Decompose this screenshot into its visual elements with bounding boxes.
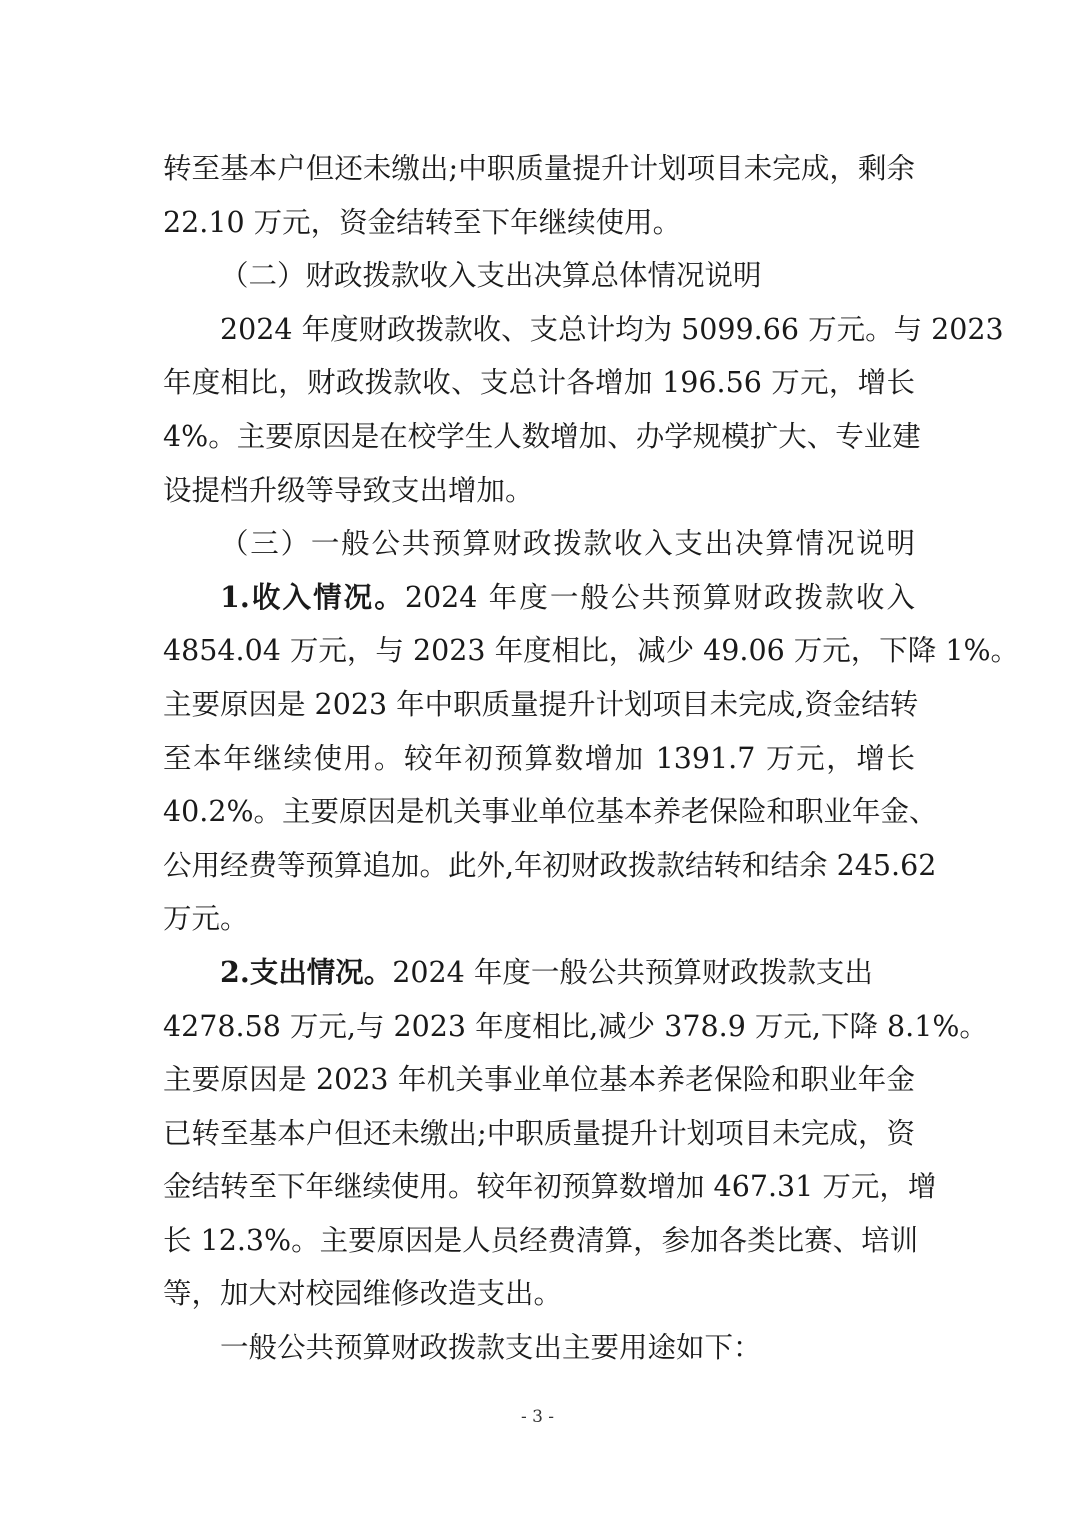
- text-line: 金结转至下年继续使用。较年初预算数增加 467.31 万元，增: [163, 1160, 915, 1214]
- text-fragment: 2024 年度一般公共预算财政拨款收入: [405, 581, 915, 614]
- text-fragment: 2024 年度一般公共预算财政拨款支出: [392, 956, 873, 989]
- expenditure-lead: 2.支出情况。: [220, 955, 392, 989]
- section-heading-2: （二）财政拨款收入支出决算总体情况说明: [163, 249, 915, 303]
- expenditure-first-line: 2.支出情况。2024 年度一般公共预算财政拨款支出: [163, 946, 915, 1000]
- text-line: 主要原因是 2023 年中职质量提升计划项目未完成,资金结转: [163, 678, 915, 732]
- text-line: 40.2%。主要原因是机关事业单位基本养老保险和职业年金、: [163, 785, 915, 839]
- page-number: - 3 -: [0, 1407, 1075, 1427]
- income-first-line: 1.收入情况。2024 年度一般公共预算财政拨款收入: [163, 571, 915, 625]
- text-line: 至本年继续使用。较年初预算数增加 1391.7 万元，增长: [163, 732, 915, 786]
- text-line: 4278.58 万元,与 2023 年度相比,减少 378.9 万元,下降 8.…: [163, 1000, 915, 1054]
- text-line: 22.10 万元，资金结转至下年继续使用。: [163, 196, 915, 250]
- text-line: 长 12.3%。主要原因是人员经费清算，参加各类比赛、培训: [163, 1214, 915, 1268]
- text-line: 主要原因是 2023 年机关事业单位基本养老保险和职业年金: [163, 1053, 915, 1107]
- text-line: 已转至基本户但还未缴出;中职质量提升计划项目未完成，资: [163, 1107, 915, 1161]
- text-line: 一般公共预算财政拨款支出主要用途如下：: [163, 1321, 915, 1375]
- section-heading-3: （三）一般公共预算财政拨款收入支出决算情况说明: [163, 517, 915, 571]
- text-line: 2024 年度财政拨款收、支总计均为 5099.66 万元。与 2023: [163, 303, 915, 357]
- text-line: 等，加大对校园维修改造支出。: [163, 1267, 915, 1321]
- text-line: 4854.04 万元，与 2023 年度相比，减少 49.06 万元，下降 1%…: [163, 624, 915, 678]
- text-line: 万元。: [163, 892, 915, 946]
- text-line: 年度相比，财政拨款收、支总计各增加 196.56 万元，增长: [163, 356, 915, 410]
- document-page: 转至基本户但还未缴出;中职质量提升计划项目未完成，剩余 22.10 万元，资金结…: [163, 142, 915, 1375]
- text-line: 公用经费等预算追加。此外,年初财政拨款结转和结余 245.62: [163, 839, 915, 893]
- text-line: 设提档升级等导致支出增加。: [163, 464, 915, 518]
- income-lead: 1.收入情况。: [220, 580, 405, 614]
- text-line: 转至基本户但还未缴出;中职质量提升计划项目未完成，剩余: [163, 142, 915, 196]
- text-line: 4%。主要原因是在校学生人数增加、办学规模扩大、专业建: [163, 410, 915, 464]
